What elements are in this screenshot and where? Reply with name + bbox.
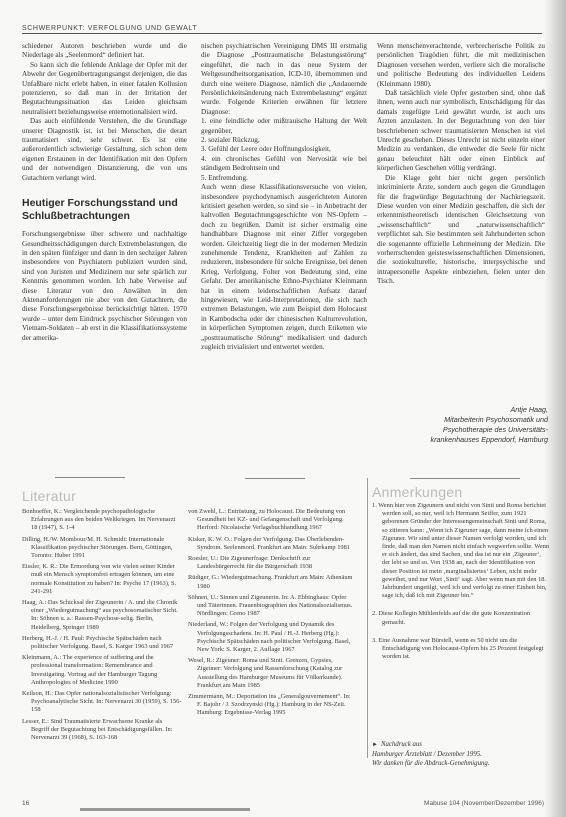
reprint-label: Nachdruck aus xyxy=(381,741,422,748)
reprint-thanks: Wir danken für die Abdruck-Genehmigung. xyxy=(372,759,550,768)
notes-vertical-rule xyxy=(367,478,368,758)
running-head-text: Schwerpunkt: Verfolgung und Gewalt xyxy=(22,25,197,32)
section-heading: Heutiger Forschungsstand und Schlußbetra… xyxy=(22,197,187,222)
running-head: Schwerpunkt: Verfolgung und Gewalt xyxy=(22,20,542,34)
author-name: Antje Haag, xyxy=(420,405,548,415)
list-item: 4. ein chronisches Gefühl von Nervosität… xyxy=(201,155,367,174)
body-column-3: Wenn menschenverachtende, verbrecherisch… xyxy=(377,42,545,287)
footnote: 2. Diese Kollegin Mühlenfelds auf die di… xyxy=(372,610,550,626)
literature-list-b: von Zwehl, L.: Entrüstung, zu Holocaust.… xyxy=(188,508,356,721)
notes-divider xyxy=(410,478,520,479)
paragraph: Forschungsergebnisse über schwere und na… xyxy=(22,230,187,343)
paragraph: Wenn menschenverachtende, verbrecherisch… xyxy=(377,42,545,89)
body-column-2: nischen psychiatrischen Vereinigung DMS … xyxy=(201,42,367,352)
reference-entry: Kleinmann, A.: The experience of sufferi… xyxy=(22,654,182,687)
paragraph: So kann sich die fehlende Anklage der Op… xyxy=(22,61,187,117)
criteria-list: 1. eine feindliche oder mißtrauische Hal… xyxy=(201,117,367,183)
notes-title: Anmerkungen xyxy=(372,484,462,500)
body-column-1: schiedener Autoren beschrieben wurde und… xyxy=(22,42,187,343)
author-affiliation-line: Mitarbeiterin Psychosomatik und xyxy=(420,415,548,425)
reference-entry: Herberg, H.-J. / H. Paul: Psychische Spä… xyxy=(22,635,182,651)
paragraph: Die Klage geht hier nicht gegen persönli… xyxy=(377,174,545,287)
paragraph: schiedener Autoren beschrieben wurde und… xyxy=(22,42,187,61)
paragraph: Auch wenn diese Klassifikationsversuche … xyxy=(201,183,367,352)
reprint-notice: ►Nachdruck aus Hamburger Ärzteblatt / De… xyxy=(372,740,550,768)
reference-entry: Roesler, U.: Die Zigeunerfrage: Denkschr… xyxy=(188,555,356,571)
author-signature: Antje Haag, Mitarbeiterin Psychosomatik … xyxy=(420,405,548,445)
bottom-rule xyxy=(80,808,250,811)
paragraph: Das auch einfühlende Verstehen, die die … xyxy=(22,117,187,183)
literature-title: Literatur xyxy=(22,488,76,504)
author-affiliation-line: Psychotherapie des Universitäts- xyxy=(420,425,548,435)
list-item: 5. Entfremdung. xyxy=(201,174,367,183)
reference-entry: Lesser, E.: Sind Traumatisierte Erwachse… xyxy=(22,718,182,743)
literature-divider xyxy=(245,478,305,479)
literature-divider xyxy=(55,477,125,478)
list-item: 3. Gefühl der Leere oder Hoffnungslosigk… xyxy=(201,145,367,154)
list-item: 2. sozialer Rückzug, xyxy=(201,136,367,145)
reference-entry: Eissler, K. R.: Die Ermordung von wie vi… xyxy=(22,563,182,596)
notes-list: 1. Wenn hier von Zigeunern und nicht von… xyxy=(372,502,550,671)
author-affiliation-line: krankenhauses Eppendorf, Hamburg xyxy=(420,435,548,445)
footnote: 3. Eine Ausnahme war Bürstell, wenn es 5… xyxy=(372,637,550,662)
reference-entry: Söhnen, U.: Sinnen und Zigeunerin. In: A… xyxy=(188,594,356,619)
reference-entry: Rüdiger, G.: Wiedergutmachung. Frankfurt… xyxy=(188,574,356,590)
reference-entry: Kisker, K. W. O.: Folgen der Verfolgung.… xyxy=(188,536,356,552)
footnote: 1. Wenn hier von Zigeunern und nicht von… xyxy=(372,502,550,600)
reference-entry: von Zwehl, L.: Entrüstung, zu Holocaust.… xyxy=(188,508,356,533)
reprint-source: Hamburger Ärzteblatt / Dezember 1995. xyxy=(372,750,550,759)
reference-entry: Keilson, H.: Das Opfer nationalsozialist… xyxy=(22,690,182,715)
triangle-arrow-icon: ► xyxy=(372,742,378,748)
reference-entry: Wesel, R.: Zigeuner: Roma und Sinti. Gre… xyxy=(188,657,356,690)
list-item: 1. eine feindliche oder mißtrauische Hal… xyxy=(201,117,367,136)
paragraph: nischen psychiatrischen Vereinigung DMS … xyxy=(201,42,367,117)
paragraph: Daß tatsächlich viele Opfer gestorben si… xyxy=(377,89,545,174)
reference-entry: Haag, A.: Das Schicksal der Zigeunerin /… xyxy=(22,599,182,632)
literature-list-a: Bonhoeffer, K.: Vergleichende psychopath… xyxy=(22,508,182,745)
page-number: 16 xyxy=(22,800,29,807)
reference-entry: Zimmermann, M.: Deportation ins „General… xyxy=(188,693,356,718)
reference-entry: Bonhoeffer, K.: Vergleichende psychopath… xyxy=(22,508,182,533)
reference-entry: Niederland, W.: Folgen der Verfolgung un… xyxy=(188,621,356,654)
document-page: Schwerpunkt: Verfolgung und Gewalt schie… xyxy=(0,0,566,817)
reference-entry: Dilling, H./W. Mombour/M. H. Schmidt: In… xyxy=(22,536,182,561)
issue-info: Mabuse 104 (November/Dezember 1996) xyxy=(424,800,544,807)
